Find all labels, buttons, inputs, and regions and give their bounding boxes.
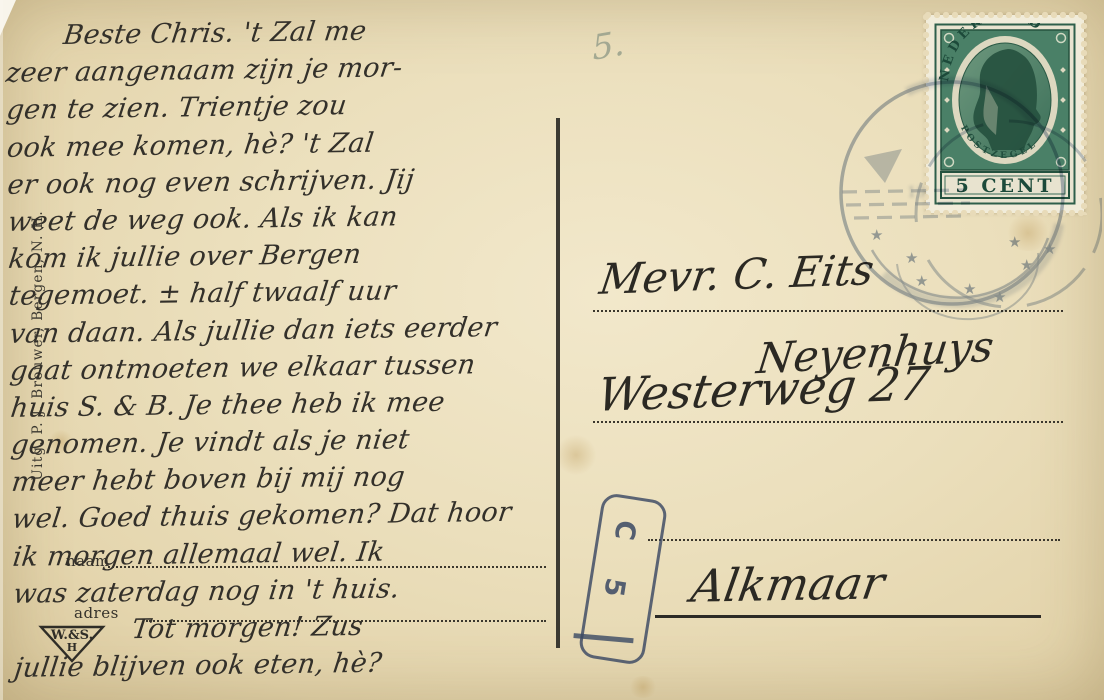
foxing-stain xyxy=(628,676,658,698)
address-rule-2 xyxy=(593,421,1063,423)
pencil-note: 5. xyxy=(591,23,626,69)
address-rule-3 xyxy=(648,539,1060,541)
postage-stamp: NEDERLAND POSTZEGEL 5 CENT xyxy=(926,15,1084,213)
star-icon: ★ xyxy=(1020,256,1033,274)
city: Alkmaar xyxy=(688,556,888,613)
foxing-stain xyxy=(555,435,597,475)
star-icon: ★ xyxy=(963,280,976,298)
foxing-stain xyxy=(1005,215,1051,251)
perforation xyxy=(922,13,930,215)
street-address: Westerweg 27 xyxy=(594,356,933,422)
stamp-denomination: 5 CENT xyxy=(956,175,1055,197)
control-mark-char: 5 xyxy=(597,575,631,598)
postcard-back: Uitg. P. J. Brouwer, Bergen, N. H. naam … xyxy=(0,0,1104,700)
control-mark-bar xyxy=(573,633,633,643)
handwritten-message: Beste Chris. 't Zal me zeer aangenaam zi… xyxy=(5,10,562,687)
perforation xyxy=(924,11,1086,19)
recipient-name: Mevr. C. Eits xyxy=(597,245,877,304)
stamp-design: NEDERLAND POSTZEGEL 5 CENT xyxy=(934,23,1076,205)
perforation xyxy=(1080,13,1088,215)
star-icon: ★ xyxy=(993,288,1006,306)
publisher-logo: W.&S. H xyxy=(38,620,106,664)
edge-wear xyxy=(0,0,3,700)
control-mark-char: C xyxy=(608,518,642,542)
perforation xyxy=(924,209,1086,217)
star-icon: ★ xyxy=(915,272,928,290)
postmark-wedge xyxy=(864,149,902,183)
address-rule-1 xyxy=(593,310,1063,312)
address-rule-4 xyxy=(655,615,1041,618)
star-icon: ★ xyxy=(905,249,918,267)
star-icon: ★ xyxy=(870,226,883,244)
postal-control-mark: C 5 xyxy=(577,492,668,666)
logo-text-bottom: H xyxy=(67,641,77,654)
